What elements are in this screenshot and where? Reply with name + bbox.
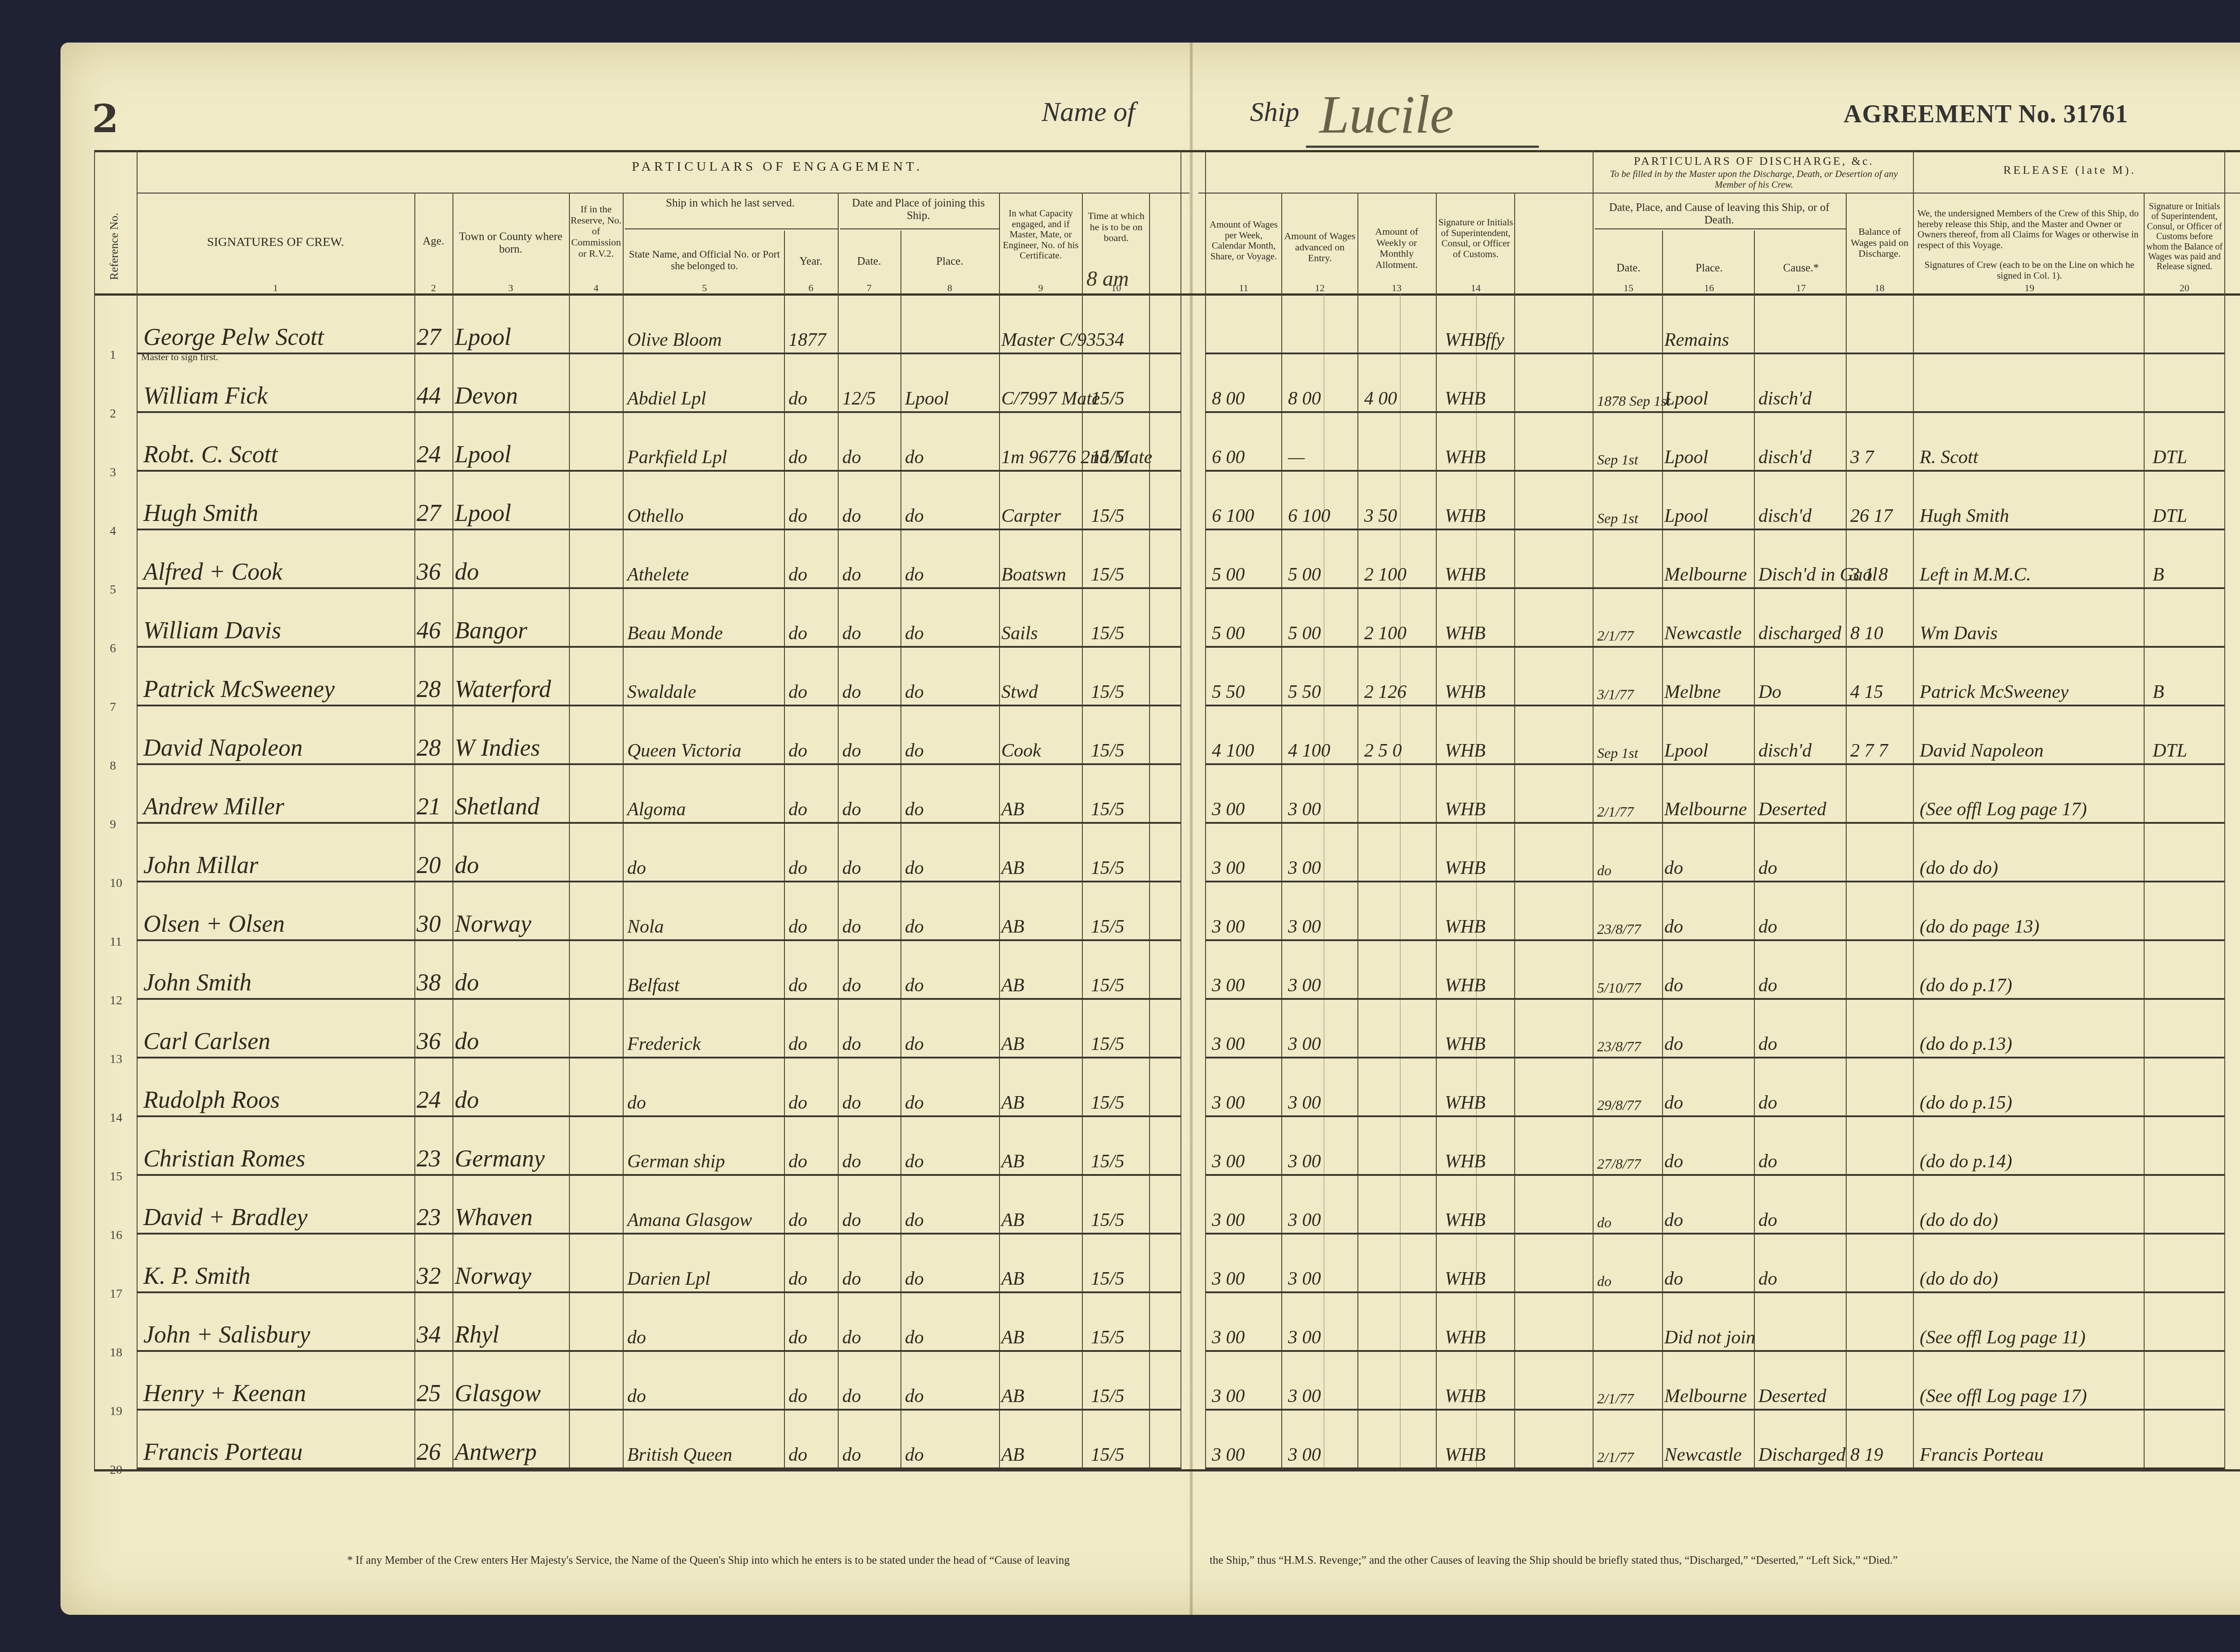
last-ship-year: do [788,857,807,879]
crew-age: 23 [417,1203,441,1231]
leave-place: do [1664,857,1683,879]
leave-cause: do [1758,1092,1777,1114]
leave-cause: do [1758,1268,1777,1290]
engagement-rule [137,193,1189,194]
crew-signature: K. P. Smith [143,1262,250,1290]
officer-initials: WHB [1445,505,1486,527]
leave-place: do [1664,1151,1683,1172]
sub-rule [625,228,838,229]
crew-birthplace: Lpool [455,323,511,351]
leave-place: Did not join [1664,1327,1755,1348]
crew-agreement-spread: 2 Name of Ship Lucile AGREEMENT No. 3176… [60,43,2240,1615]
capacity: Boatswn [1001,564,1066,585]
crew-signature: Olsen + Olsen [143,910,284,938]
time-on-board: 15/5 [1091,1327,1124,1348]
leave-place: Newcastle [1664,1444,1742,1466]
leave-date: do [1597,862,1611,879]
advance: 4 100 [1288,740,1331,761]
join-date: do [842,857,861,879]
time-on-board: 15/5 [1091,975,1124,996]
leave-date: Sep 1st [1597,452,1638,468]
crew-birthplace: Waterford [455,675,551,703]
colnum-12: 12 [1284,282,1356,294]
last-ship: Beau Monde [627,623,723,644]
time-on-board: 15/5 [1091,1151,1124,1172]
section-engagement: PARTICULARS OF ENGAGEMENT. [553,159,1001,174]
left-page-number: 2 [92,96,119,142]
leave-place: Melbne [1664,681,1721,703]
capacity: AB [1001,1385,1024,1407]
advance: 5 50 [1288,681,1321,703]
join-date: do [842,916,861,938]
advance: 3 00 [1288,1033,1321,1055]
leave-cause: do [1758,975,1777,996]
crew-signature: Robt. C. Scott [143,440,278,468]
leave-cause: Do [1758,681,1781,703]
release-signature: Left in M.M.C. [1920,564,2031,585]
join-place: do [905,1033,924,1055]
last-ship: Swaldale [627,681,696,703]
officer-initials: WHB [1445,1385,1486,1407]
leave-cause: disch'd [1758,447,1812,468]
wages: 3 00 [1212,916,1245,938]
release-officer-initials: B [2153,681,2164,703]
leave-place: Melbourne [1664,1385,1747,1407]
crew-age: 24 [417,440,441,468]
join-place: do [905,681,924,703]
join-date: do [842,740,861,761]
join-place: do [905,857,924,879]
capacity: Stwd [1001,681,1038,703]
colnum-15: 15 [1595,282,1662,294]
release-signature: (do do page 13) [1920,916,2039,938]
join-date: do [842,799,861,820]
join-place: do [905,916,924,938]
last-ship: Queen Victoria [627,740,741,761]
last-ship: Othello [627,505,684,527]
officer-initials: WHB [1445,388,1486,409]
leave-cause: do [1758,1209,1777,1231]
officer-initials: WHB [1445,447,1486,468]
leave-place: Lpool [1664,505,1708,527]
allotment: 2 5 0 [1364,740,1402,761]
crew-age: 36 [417,558,441,585]
wages: 5 00 [1212,623,1245,644]
leave-place: do [1664,1209,1683,1231]
capacity: AB [1001,1151,1024,1172]
join-date: do [842,681,861,703]
section-discharge: PARTICULARS OF DISCHARGE, &c. [1597,155,1911,168]
leave-place: do [1664,1033,1683,1055]
balance-paid: 8 19 [1850,1444,1883,1466]
leave-cause: do [1758,1151,1777,1172]
release-signature: (do do p.14) [1920,1151,2012,1172]
release-officer-initials: B [2153,564,2164,585]
header-leave-place: Place. [1664,262,1754,275]
release-signature: (See offl Log page 17) [1920,1385,2087,1407]
release-signature: (do do p.13) [1920,1033,2012,1055]
advance: 3 00 [1288,975,1321,996]
leave-place: do [1664,975,1683,996]
advance: 6 100 [1288,505,1331,527]
wages: 6 100 [1212,505,1254,527]
header-wages: Amount of Wages per Week, Calendar Month… [1207,219,1280,262]
allotment: 4 00 [1364,388,1397,409]
capacity: AB [1001,857,1024,879]
time-on-board: 15/5 [1091,1268,1124,1290]
release-signature: (See offl Log page 17) [1920,799,2087,820]
time-on-board: 15/5 [1091,388,1124,409]
join-place: do [905,623,924,644]
table-top-rule [94,150,2240,152]
time-on-board: 15/5 [1091,740,1124,761]
leave-date: 2/1/77 [1597,628,1634,644]
time-on-board: 15/5 [1091,623,1124,644]
capacity: Master C/93534 [1001,329,1124,351]
join-date: do [842,1268,861,1290]
crew-age: 25 [417,1379,441,1407]
crew-birthplace: Devon [455,382,518,409]
capacity: Cook [1001,740,1041,761]
header-born: Town or County where born. [455,231,567,256]
crew-signature: Francis Porteau [143,1438,302,1466]
balance-paid: 4 15 [1850,681,1883,703]
officer-initials: WHB [1445,1444,1486,1466]
colnum-8: 8 [903,282,997,294]
last-ship: British Queen [627,1444,732,1466]
crew-birthplace: Germany [455,1144,545,1172]
time-on-board: 15/5 [1091,564,1124,585]
advance: 3 00 [1288,1151,1321,1172]
release-signature: R. Scott [1920,447,1978,468]
wages: 3 00 [1212,1327,1245,1348]
agreement-title: AGREEMENT No. 31761 [1844,100,2128,129]
last-ship: Belfast [627,975,680,996]
capacity: AB [1001,1327,1024,1348]
wages-rule [1198,193,1593,194]
leave-cause: do [1758,1033,1777,1055]
leave-place: Melbourne [1664,799,1747,820]
colnum-2: 2 [417,282,450,294]
capacity: AB [1001,1033,1024,1055]
crew-age: 36 [417,1027,441,1055]
crew-age: 34 [417,1321,441,1348]
leave-place: Lpool [1664,388,1708,409]
capacity: AB [1001,975,1024,996]
last-ship-year: do [788,1033,807,1055]
capacity: AB [1001,799,1024,820]
crew-age: 23 [417,1144,441,1172]
wages: 3 00 [1212,857,1245,879]
colnum-16: 16 [1664,282,1754,294]
crew-birthplace: do [455,1086,479,1114]
officer-initials: WHB [1445,681,1486,703]
balance-paid: 2 7 7 [1850,740,1888,761]
crew-row: 4 Hugh Smith 27 Lpool Othello do do do C… [60,472,2240,530]
header-age: Age. [417,235,450,248]
join-place: do [905,1151,924,1172]
section-discharge-sub: To be filled in by the Master upon the D… [1597,169,1911,190]
leave-place: Lpool [1664,740,1708,761]
leave-date: 23/8/77 [1597,921,1641,938]
crew-row: 14 Rudolph Roos 24 do do do do do AB 15/… [60,1058,2240,1117]
release-signature: Patrick McSweeney [1920,681,2068,703]
last-ship-year: do [788,447,807,468]
allotment: 2 100 [1364,564,1407,585]
section-release: RELEASE (late M). [1920,163,2220,177]
last-ship-year: do [788,1151,807,1172]
crew-signature: David + Bradley [143,1203,307,1231]
header-last-ship: State Name, and Official No. or Port she… [625,249,784,272]
time-on-board: 15/5 [1091,1092,1124,1114]
crew-signature: John Smith [143,968,251,996]
advance: 5 00 [1288,623,1321,644]
crew-row: 9 Andrew Miller 21 Shetland Algoma do do… [60,765,2240,824]
crew-birthplace: Glasgow [455,1379,541,1407]
crew-birthplace: Rhyl [455,1321,499,1348]
header-release-officer: Signature or Initials of Superintendent,… [2146,202,2223,272]
crew-birthplace: Antwerp [455,1438,537,1466]
capacity: AB [1001,916,1024,938]
leave-date: 29/8/77 [1597,1097,1641,1114]
colnum-9: 9 [1000,282,1081,294]
last-ship-year: do [788,1327,807,1348]
capacity: C/7997 Mate [1001,388,1100,409]
leave-place: do [1664,916,1683,938]
balance-paid: 26 17 [1850,505,1893,527]
crew-birthplace: Shetland [455,792,539,820]
release-signature: (See offl Log page 11) [1920,1327,2085,1348]
time-on-board: 15/5 [1091,857,1124,879]
last-ship-year: do [788,1209,807,1231]
capacity: 1m 96776 2nd Mate [1001,447,1152,468]
advance: 3 00 [1288,1092,1321,1114]
colnum-10: 10 [1084,282,1149,294]
crew-row: 20 Francis Porteau 26 Antwerp British Qu… [60,1411,2240,1469]
agreement-label: AGREEMENT No. [1844,100,2057,128]
officer-initials: WHB [1445,916,1486,938]
colnum-19: 19 [1917,282,2141,294]
crew-age: 44 [417,382,441,409]
officer-initials: WHB [1445,1327,1486,1348]
colnum-18: 18 [1847,282,1912,294]
crew-birthplace: do [455,558,479,585]
last-ship-year: do [788,564,807,585]
last-ship: do [627,1385,646,1407]
discharge-release-rule [1593,193,2240,194]
leave-date: do [1597,1214,1611,1231]
officer-initials: WHB [1445,1092,1486,1114]
leave-cause: Discharged [1758,1444,1845,1466]
join-place: do [905,1209,924,1231]
header-join-place: Place. [903,255,997,268]
leave-date: Sep 1st [1597,510,1638,527]
crew-table-body: 1 George Pelw Scott 27 Lpool Olive Bloom… [60,296,2240,1469]
leave-place: do [1664,1092,1683,1114]
wages: 3 00 [1212,1033,1245,1055]
header-time-on-board: Time at which he is to be on board. [1084,211,1149,244]
header-reference-no: Reference No. [108,213,121,280]
leave-place: Newcastle [1664,623,1742,644]
officer-initials: WHB [1445,1033,1486,1055]
crew-row: 8 David Napoleon 28 W Indies Queen Victo… [60,706,2240,765]
capacity: AB [1001,1444,1024,1466]
leave-place: Lpool [1664,447,1708,468]
ship-name: Lucile [1306,84,1539,148]
last-ship: Nola [627,916,664,938]
colnum-7: 7 [840,282,898,294]
wages: 5 00 [1212,564,1245,585]
crew-age: 20 [417,851,441,879]
last-ship-year: do [788,1444,807,1466]
crew-age: 28 [417,734,441,761]
last-ship-year: do [788,1268,807,1290]
crew-birthplace: Whaven [455,1203,533,1231]
leave-date: 2/1/77 [1597,1390,1634,1407]
advance: 8 00 [1288,388,1321,409]
join-date: do [842,1033,861,1055]
crew-row: 3 Robt. C. Scott 24 Lpool Parkfield Lpl … [60,413,2240,472]
join-date: do [842,564,861,585]
balance-paid: 3 7 [1850,447,1874,468]
advance: 3 00 [1288,857,1321,879]
advance: 3 00 [1288,799,1321,820]
join-place: do [905,740,924,761]
join-place: do [905,1444,924,1466]
crew-signature: Carl Carlsen [143,1027,271,1055]
crew-signature: Alfred + Cook [143,558,282,585]
last-ship: Amana Glasgow [627,1209,752,1231]
join-place: do [905,1327,924,1348]
crew-birthplace: W Indies [455,734,540,761]
release-signature: David Napoleon [1920,740,2043,761]
crew-age: 28 [417,675,441,703]
release-officer-initials: DTL [2153,505,2187,527]
leave-place: Remains [1664,329,1729,351]
sub-rule [1595,228,1846,229]
advance: 3 00 [1288,916,1321,938]
last-ship-year: do [788,388,807,409]
header-cause: Cause.* [1756,262,1846,275]
crew-row: 12 John Smith 38 do Belfast do do do AB … [60,941,2240,1000]
crew-row: 5 Alfred + Cook 36 do Athelete do do do … [60,530,2240,589]
capacity: Sails [1001,623,1038,644]
officer-initials: WHB [1445,1268,1486,1290]
colnum-20: 20 [2146,282,2223,294]
join-date: do [842,1444,861,1466]
crew-age: 27 [417,499,441,527]
capacity: AB [1001,1092,1024,1114]
crew-signature: John + Salisbury [143,1321,310,1348]
crew-row: 10 John Millar 20 do do do do do AB 15/5… [60,824,2240,882]
crew-signature: William Fick [143,382,267,409]
crew-birthplace: Norway [455,910,531,938]
colnum-4: 4 [570,282,622,294]
leave-date: 2/1/77 [1597,804,1634,820]
crew-row: 6 William Davis 46 Bangor Beau Monde do … [60,589,2240,648]
crew-birthplace: Lpool [455,499,511,527]
capacity: Carpter [1001,505,1061,527]
release-officer-initials: DTL [2153,447,2187,468]
agreement-number: 31761 [2063,100,2128,128]
time-on-board: 15/5 [1091,1444,1124,1466]
release-signature: Hugh Smith [1920,505,2009,527]
join-place: do [905,975,924,996]
wages: 3 00 [1212,1385,1245,1407]
crew-signature: Rudolph Roos [143,1086,280,1114]
leave-cause: disch'd [1758,740,1812,761]
join-date: do [842,975,861,996]
header-capacity: In what Capacity engaged, and if Master,… [1000,208,1081,261]
crew-signature: David Napoleon [143,734,302,761]
crew-birthplace: do [455,851,479,879]
leave-cause: do [1758,857,1777,879]
last-ship-year: do [788,623,807,644]
wages: 3 00 [1212,1151,1245,1172]
leave-place: do [1664,1268,1683,1290]
time-on-board: 15/5 [1091,916,1124,938]
wages: 3 00 [1212,975,1245,996]
release-signature: (do do p.17) [1920,975,2012,996]
advance: 3 00 [1288,1209,1321,1231]
join-date: do [842,447,861,468]
last-ship: Frederick [627,1033,701,1055]
last-ship: do [627,857,646,879]
last-ship: Abdiel Lpl [627,388,706,409]
crew-signature: Christian Romes [143,1144,306,1172]
last-ship: Parkfield Lpl [627,447,727,468]
wages: 3 00 [1212,1209,1245,1231]
balance-paid: 3 1 8 [1850,564,1888,585]
release-signature: (do do do) [1920,1268,1998,1290]
header-allotment: Amount of Weekly or Monthly Allotment. [1360,226,1434,271]
crew-age: 46 [417,616,441,644]
header-leaving-group: Date, Place, and Cause of leaving this S… [1597,202,1841,227]
crew-signature: Hugh Smith [143,499,258,527]
release-signature: (do do p.15) [1920,1092,2012,1114]
time-on-board: 15/5 [1091,1033,1124,1055]
crew-row: 2 William Fick 44 Devon Abdiel Lpl do 12… [60,354,2240,413]
join-date: do [842,505,861,527]
crew-row: 17 K. P. Smith 32 Norway Darien Lpl do d… [60,1235,2240,1293]
leave-date: 5/10/77 [1597,980,1641,996]
advance: 5 00 [1288,564,1321,585]
last-ship: Olive Bloom [627,329,722,351]
join-date: do [842,1327,861,1348]
leave-cause: Deserted [1758,799,1826,820]
balance-paid: 8 10 [1850,623,1883,644]
last-ship-year: do [788,916,807,938]
last-ship: German ship [627,1151,725,1172]
wages: 8 00 [1212,388,1245,409]
join-date: do [842,1151,861,1172]
officer-initials: WHB [1445,975,1486,996]
leave-date: do [1597,1273,1611,1290]
officer-initials: WHB [1445,740,1486,761]
officer-initials: WHB [1445,799,1486,820]
crew-age: 21 [417,792,441,820]
crew-age: 30 [417,910,441,938]
capacity: AB [1001,1268,1024,1290]
join-place: Lpool [905,388,949,409]
advance: 3 00 [1288,1268,1321,1290]
header-release-text: We, the undersigned Members of the Crew … [1917,208,2141,250]
time-on-board: 15/5 [1091,1385,1124,1407]
last-ship-year: do [788,799,807,820]
crew-birthplace: Norway [455,1262,531,1290]
crew-birthplace: do [455,1027,479,1055]
join-place: do [905,1092,924,1114]
